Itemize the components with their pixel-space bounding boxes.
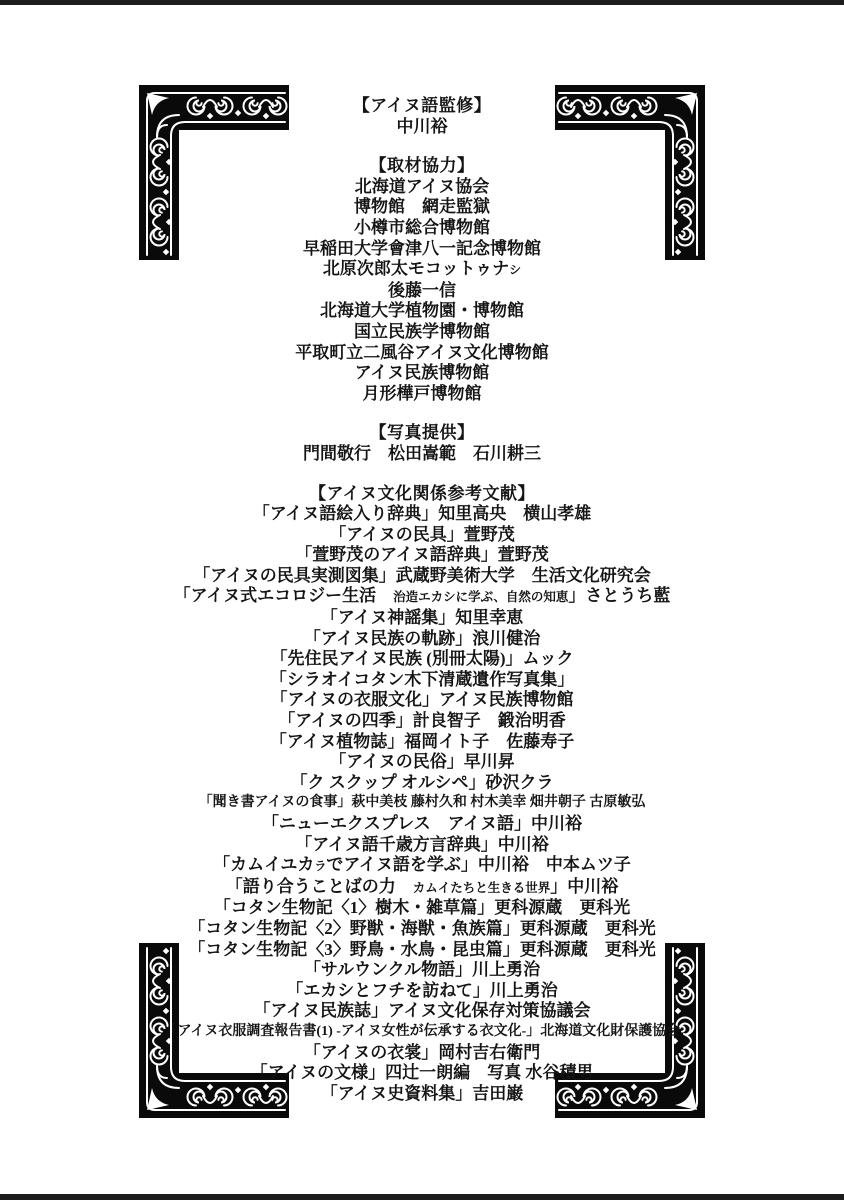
credits-column: 【アイヌ語監修】中川裕【取材協力】北海道アイヌ協会博物館 網走監獄小樽市総合博物… (0, 96, 844, 1104)
section-heading: 【写真提供】 (0, 423, 844, 444)
credit-line: 「アイヌの民具」萱野茂 (0, 525, 844, 546)
section-heading: 【アイヌ語監修】 (0, 96, 844, 117)
credit-line: 「アイヌ語千歳方言辞典」中川裕 (0, 835, 844, 856)
credit-line-part: 「語り合うことばの力 (226, 877, 413, 896)
credit-line: 平取町立二風谷アイヌ文化博物館 (0, 343, 844, 364)
credit-line: 「ク スクップ オルシペ」砂沢クラ (0, 773, 844, 794)
credit-line: 「アイヌ民族の軌跡」浪川健治 (0, 629, 844, 650)
credit-line: 「先住民アイヌ民族 (別冊太陽)」ムック (0, 649, 844, 670)
credit-line: 「シラオイコタン木下清蔵遺作写真集」 (0, 670, 844, 691)
credit-line-part: でアイヌ語を学ぶ」中川裕 中本ムツ子 (326, 855, 630, 874)
credit-line: 「アイヌ語絵入り辞典」知里高央 横山孝雄 (0, 504, 844, 525)
credit-line: 「サルウンクル物語」川上勇治 (0, 960, 844, 981)
credit-line: 北原次郎太モコットゥナシ (0, 259, 844, 281)
credit-line: 「コタン生物記〈2〉野獣・海獣・魚族篇」更科源蔵 更科光 (0, 919, 844, 940)
credit-line: 「アイヌの衣裳」岡村吉右衛門 (0, 1043, 844, 1064)
credit-line: 「語り合うことばの力 カムイたちと生きる世界」中川裕 (0, 877, 844, 899)
credit-line: 博物館 網走監獄 (0, 197, 844, 218)
credit-line: 中川裕 (0, 117, 844, 138)
credit-line: 「エカシとフチを訪ねて」川上勇治 (0, 981, 844, 1002)
credit-line: 北海道アイヌ協会 (0, 177, 844, 198)
credit-line: アイヌ民族博物館 (0, 363, 844, 384)
credits-section: 【アイヌ語監修】中川裕 (0, 96, 844, 137)
credits-section: 【写真提供】門間敬行 松田嵩範 石川耕三 (0, 423, 844, 464)
scan-edge-top (0, 0, 844, 5)
credit-line-part: 「カムイユカ (213, 855, 314, 874)
credit-line: 門間敬行 松田嵩範 石川耕三 (0, 444, 844, 465)
credit-line: 「アイヌの文様」四辻一朗編 写真 水谷積男 (0, 1063, 844, 1084)
credit-line: 「コタン生物記〈1〉樹木・雑草篇」更科源蔵 更科光 (0, 898, 844, 919)
credit-line-part: 北原次郎太モコットゥナ (323, 259, 509, 278)
section-heading: 【取材協力】 (0, 156, 844, 177)
credit-line: 「アイヌの四季」計良智子 鍛治明香 (0, 711, 844, 732)
credit-line-part: 治造エカシに学ぶ、自然の知恵 (393, 590, 568, 604)
credit-line: 後藤一信 (0, 281, 844, 302)
credit-line: 「萱野茂のアイヌ語辞典」萱野茂 (0, 545, 844, 566)
credit-line: 「聞き書アイヌの食事」萩中美枝 藤村久和 村木美幸 畑井朝子 古原敏弘 (0, 793, 844, 814)
credit-line: 「コタン生物記〈3〉野鳥・水鳥・昆虫篇」更科源蔵 更科光 (0, 940, 844, 961)
credit-line: 「アイヌ衣服調査報告書(1) -アイヌ女性が伝承する衣文化-」北海道文化財保護協… (0, 1022, 844, 1043)
credit-line-part: シ (509, 263, 521, 277)
credit-line: 「アイヌの民具実測図集」武蔵野美術大学 生活文化研究会 (0, 566, 844, 587)
scan-edge-bottom (0, 1194, 844, 1200)
section-heading: 【アイヌ文化関係参考文献】 (0, 484, 844, 505)
credit-line: 「カムイユカラでアイヌ語を学ぶ」中川裕 中本ムツ子 (0, 855, 844, 877)
credits-page: 【アイヌ語監修】中川裕【取材協力】北海道アイヌ協会博物館 網走監獄小樽市総合博物… (0, 0, 844, 1200)
credit-line: 「ニューエクスプレス アイヌ語」中川裕 (0, 814, 844, 835)
credit-line: 国立民族学博物館 (0, 322, 844, 343)
credit-line-part: ラ (314, 859, 326, 873)
credits-section: 【取材協力】北海道アイヌ協会博物館 網走監獄小樽市総合博物館早稲田大学會津八一記… (0, 156, 844, 404)
credits-section: 【アイヌ文化関係参考文献】「アイヌ語絵入り辞典」知里高央 横山孝雄「アイヌの民具… (0, 484, 844, 1105)
credit-line: 「アイヌ神謡集」知里幸恵 (0, 608, 844, 629)
credit-line: 早稲田大学會津八一記念博物館 (0, 239, 844, 260)
credit-line-part: 「アイヌ式エコロジー生活 (174, 586, 393, 605)
credit-line: 月形樺戸博物館 (0, 384, 844, 405)
credit-line-part: 」中川裕 (550, 877, 618, 896)
credit-line: 「アイヌの民俗」早川昇 (0, 752, 844, 773)
credit-line: 「アイヌ史資料集」吉田巌 (0, 1084, 844, 1105)
credit-line: 「アイヌ植物誌」福岡イト子 佐藤寿子 (0, 732, 844, 753)
credit-line: 「アイヌの衣服文化」アイヌ民族博物館 (0, 690, 844, 711)
credit-line: 「アイヌ式エコロジー生活 治造エカシに学ぶ、自然の知恵」さとうち藍 (0, 586, 844, 608)
credit-line: 小樽市総合博物館 (0, 218, 844, 239)
credit-line: 北海道大学植物園・博物館 (0, 301, 844, 322)
credit-line-part: 」さとうち藍 (568, 586, 670, 605)
credit-line: 「アイヌ民族誌」アイヌ文化保存対策協議会 (0, 1001, 844, 1022)
credit-line-part: カムイたちと生きる世界 (413, 881, 551, 895)
